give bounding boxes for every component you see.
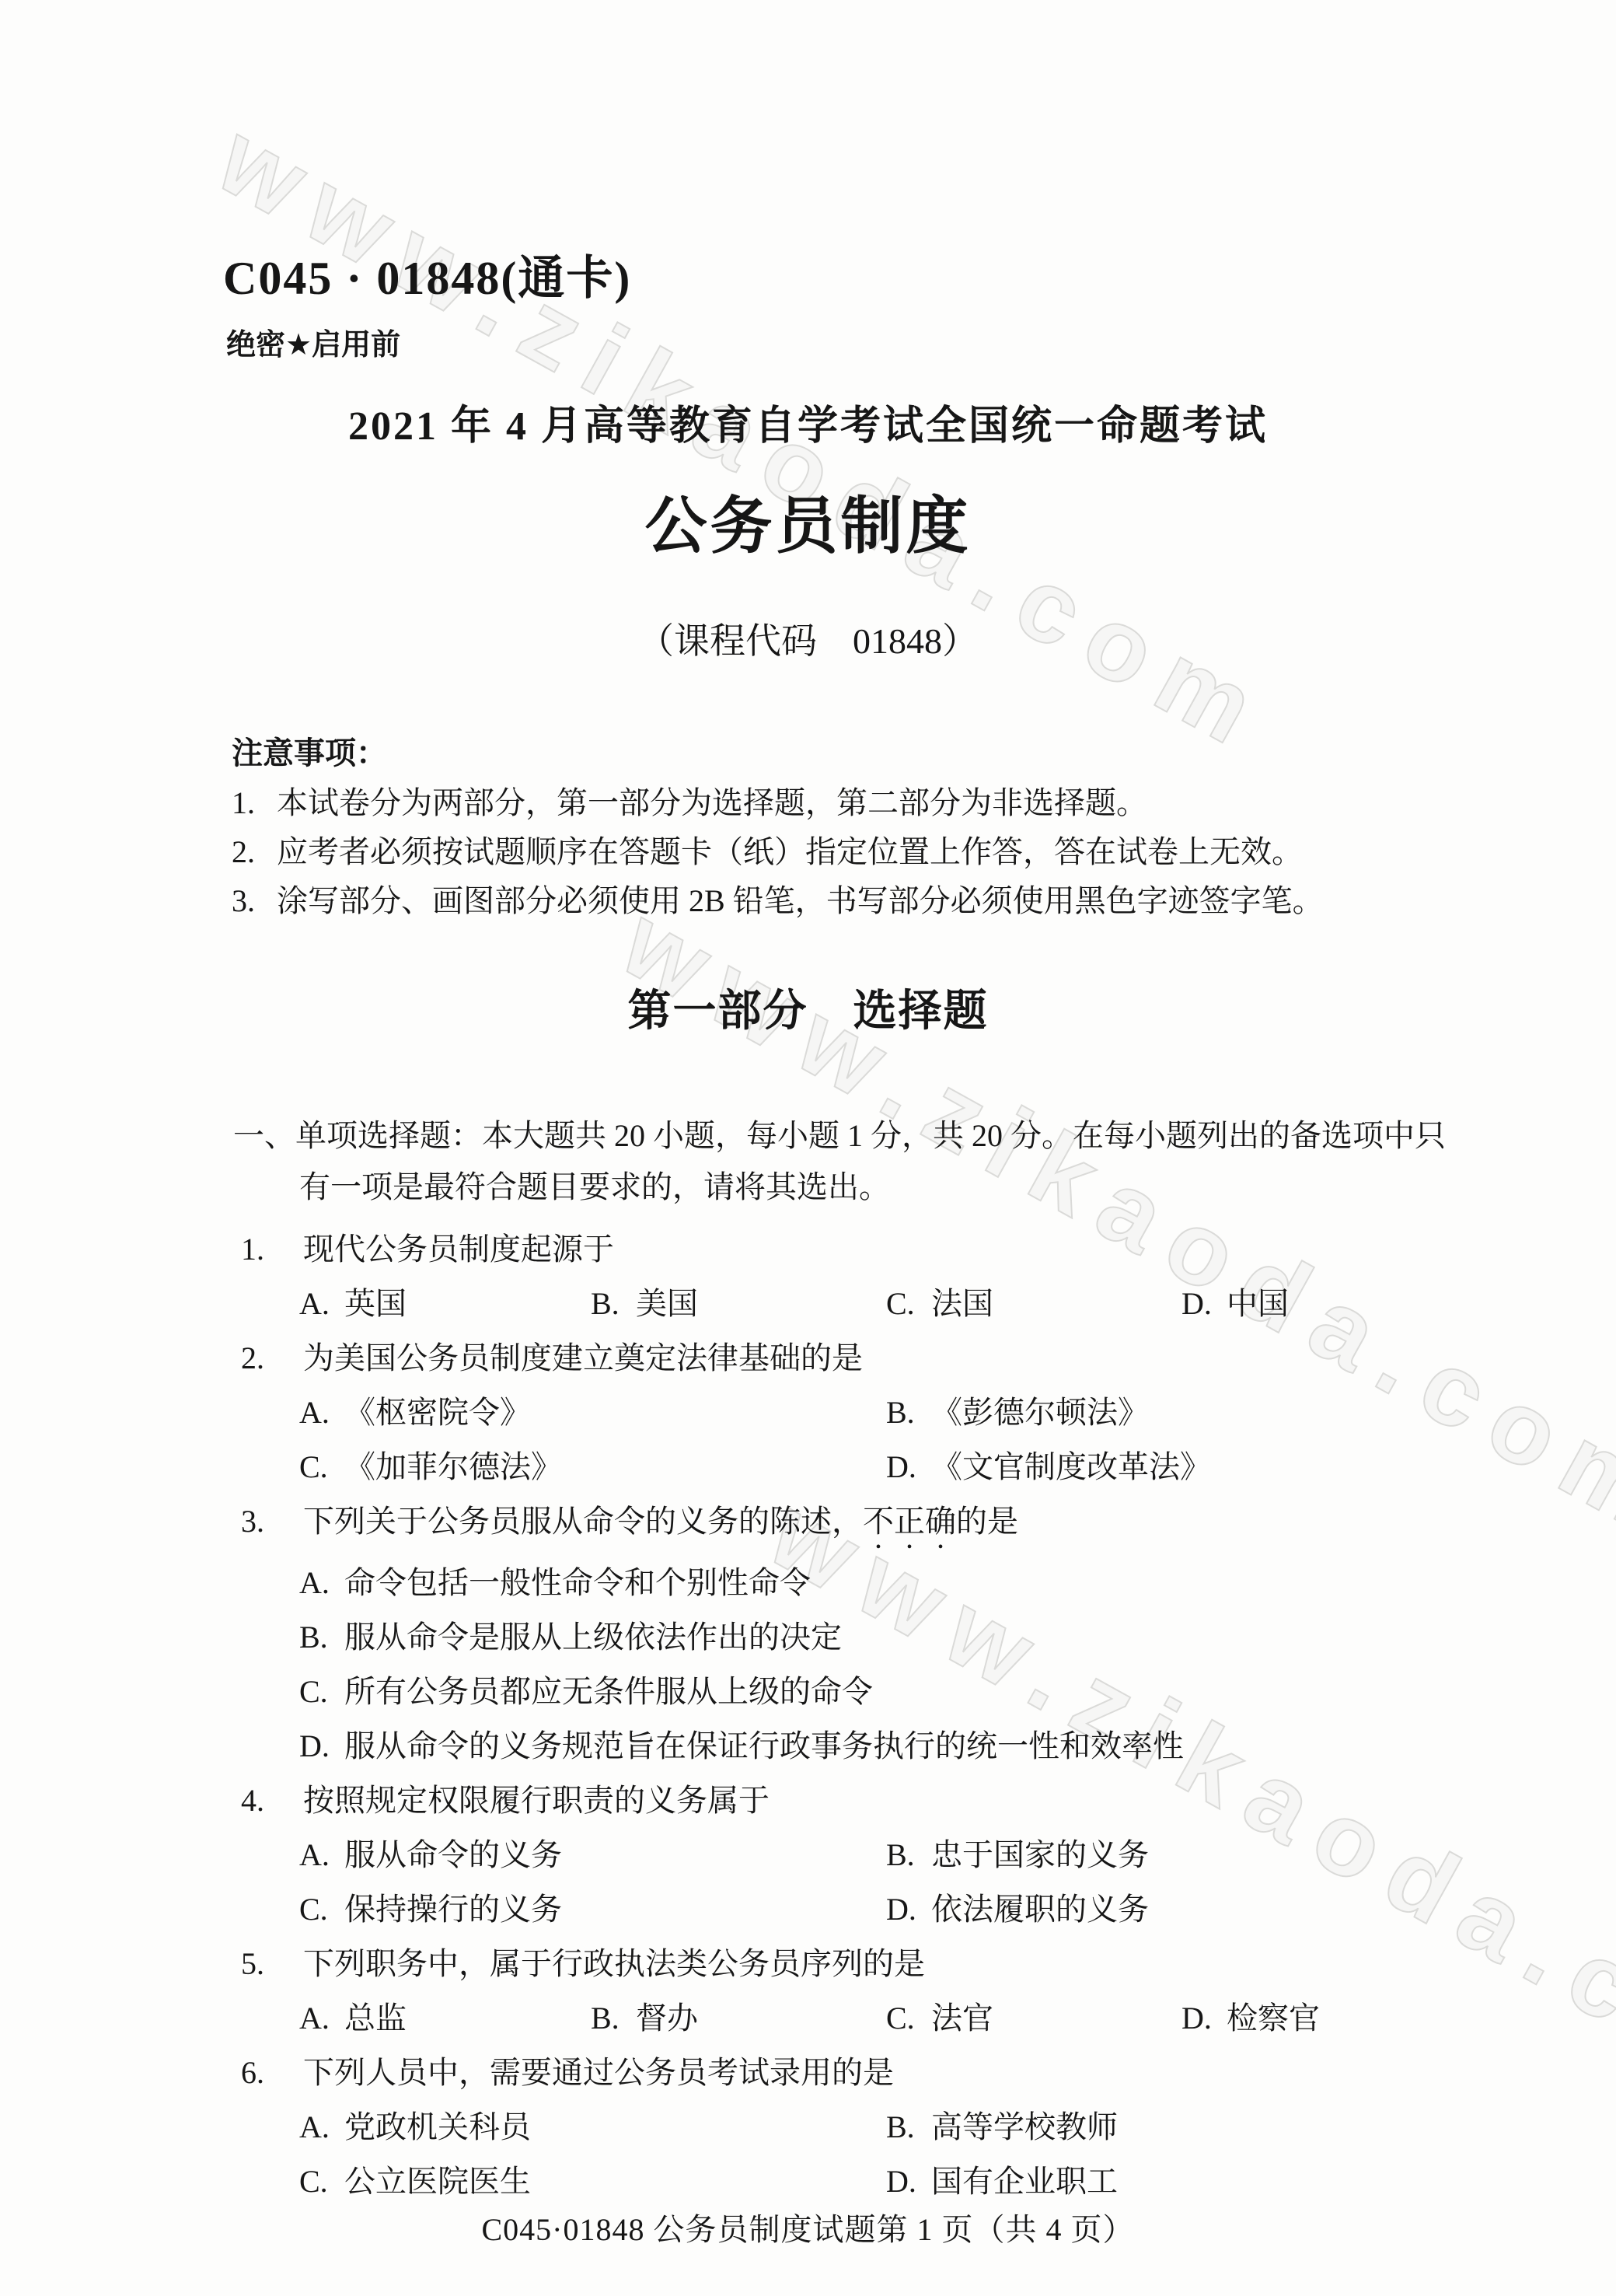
option-B: B.高等学校教师 bbox=[886, 2100, 1320, 2154]
option-A: A.服从命令的义务 bbox=[299, 1828, 886, 1882]
option-text: 依法履职的义务 bbox=[931, 1892, 1149, 1927]
section-title: 第一部分 选择题 bbox=[0, 977, 1616, 1039]
question-number: 2. bbox=[241, 1331, 303, 1386]
option-label: A. bbox=[299, 1556, 344, 1610]
option-label: B. bbox=[299, 1610, 344, 1665]
notes-list: 1.本试卷分为两部分，第一部分为选择题，第二部分为非选择题。2.应考者必须按试题… bbox=[232, 778, 1324, 925]
option-D: D.中国 bbox=[1181, 1277, 1320, 1331]
option-text: 法国 bbox=[931, 1286, 993, 1321]
option-C: C.《加菲尔德法》 bbox=[299, 1440, 886, 1494]
option-text: 检察官 bbox=[1227, 2001, 1320, 2036]
note-item-2: 2.应考者必须按试题顺序在答题卡（纸）指定位置上作答，答在试卷上无效。 bbox=[232, 827, 1324, 876]
option-label: D. bbox=[886, 1882, 931, 1937]
question-number: 1. bbox=[241, 1222, 303, 1277]
question-stem-emphasis: 不正确 bbox=[863, 1504, 956, 1539]
notes-title: 注意事项： bbox=[232, 729, 1324, 778]
question-stem: 4.按照规定权限履行职责的义务属于 bbox=[241, 1774, 1320, 1828]
option-text: 国有企业职工 bbox=[931, 2164, 1118, 2199]
option-A: A.英国 bbox=[299, 1277, 591, 1331]
option-label: C. bbox=[886, 1277, 931, 1331]
option-row-group: A.服从命令的义务B.忠于国家的义务C.保持操行的义务D.依法履职的义务 bbox=[299, 1828, 1320, 1937]
exam-title: 2021 年 4 月高等教育自学考试全国统一命题考试 bbox=[0, 393, 1616, 451]
option-label: A. bbox=[299, 1991, 344, 2046]
question-3: 3.下列关于公务员服从命令的义务的陈述，不正确的是A.命令包括一般性命令和个别性… bbox=[241, 1494, 1320, 1774]
option-row-group: A.《枢密院令》B.《彭德尔顿法》C.《加菲尔德法》D.《文官制度改革法》 bbox=[299, 1386, 1320, 1494]
question-6: 6.下列人员中，需要通过公务员考试录用的是A.党政机关科员B.高等学校教师C.公… bbox=[241, 2046, 1320, 2209]
option-label: B. bbox=[886, 1828, 931, 1882]
instruction-line-2: 有一项是最符合题目要求的，请将其选出。 bbox=[299, 1162, 1446, 1213]
option-label: C. bbox=[886, 1991, 931, 2046]
option-label: D. bbox=[1181, 1277, 1227, 1331]
option-label: D. bbox=[886, 2154, 931, 2209]
question-stem-text: 按照规定权限履行职责的义务属于 bbox=[303, 1783, 770, 1818]
option-text: 公立医院医生 bbox=[344, 2164, 531, 2199]
question-list: 1.现代公务员制度起源于A.英国B.美国C.法国D.中国2.为美国公务员制度建立… bbox=[241, 1222, 1320, 2209]
note-number: 1. bbox=[232, 778, 277, 827]
instruction-line-1: 一、单项选择题：本大题共 20 小题，每小题 1 分，共 20 分。在每小题列出… bbox=[233, 1110, 1446, 1162]
option-B: B.忠于国家的义务 bbox=[886, 1828, 1320, 1882]
option-label: A. bbox=[299, 1828, 344, 1882]
option-B: B.服从命令是服从上级依法作出的决定 bbox=[299, 1610, 1320, 1665]
question-1: 1.现代公务员制度起源于A.英国B.美国C.法国D.中国 bbox=[241, 1222, 1320, 1331]
question-stem: 5.下列职务中，属于行政执法类公务员序列的是 bbox=[241, 1937, 1320, 1991]
option-text: 美国 bbox=[636, 1286, 698, 1321]
question-5: 5.下列职务中，属于行政执法类公务员序列的是A.总监B.督办C.法官D.检察官 bbox=[241, 1937, 1320, 2046]
question-stem-text: 为美国公务员制度建立奠定法律基础的是 bbox=[303, 1340, 863, 1375]
option-label: D. bbox=[299, 1719, 344, 1774]
note-item-1: 1.本试卷分为两部分，第一部分为选择题，第二部分为非选择题。 bbox=[232, 778, 1324, 827]
option-label: A. bbox=[299, 1277, 344, 1331]
option-label: D. bbox=[1181, 1991, 1227, 2046]
option-text: 所有公务员都应无条件服从上级的命令 bbox=[344, 1674, 873, 1709]
option-text: 英国 bbox=[344, 1286, 407, 1321]
secrecy-label: 绝密★启用前 bbox=[226, 320, 400, 363]
option-text: 《文官制度改革法》 bbox=[931, 1449, 1211, 1484]
option-A: A.《枢密院令》 bbox=[299, 1386, 886, 1440]
option-label: B. bbox=[591, 1991, 636, 2046]
option-C: C.法国 bbox=[886, 1277, 1181, 1331]
notes-section: 注意事项： 1.本试卷分为两部分，第一部分为选择题，第二部分为非选择题。2.应考… bbox=[232, 729, 1324, 925]
question-stem-text: 下列关于公务员服从命令的义务的陈述， bbox=[303, 1504, 863, 1539]
option-label: B. bbox=[886, 2100, 931, 2154]
option-label: A. bbox=[299, 2100, 344, 2154]
question-2: 2.为美国公务员制度建立奠定法律基础的是A.《枢密院令》B.《彭德尔顿法》C.《… bbox=[241, 1331, 1320, 1494]
question-number: 5. bbox=[241, 1937, 303, 1991]
question-stem-text: 下列职务中，属于行政执法类公务员序列的是 bbox=[303, 1946, 925, 1981]
option-D: D.依法履职的义务 bbox=[886, 1882, 1320, 1937]
option-label: C. bbox=[299, 2154, 344, 2209]
option-A: A.党政机关科员 bbox=[299, 2100, 886, 2154]
question-stem-text: 的是 bbox=[956, 1504, 1018, 1539]
note-text: 本试卷分为两部分，第一部分为选择题，第二部分为非选择题。 bbox=[277, 785, 1147, 820]
option-D: D.国有企业职工 bbox=[886, 2154, 1320, 2209]
option-D: D.《文官制度改革法》 bbox=[886, 1440, 1320, 1494]
option-C: C.所有公务员都应无条件服从上级的命令 bbox=[299, 1665, 1320, 1719]
question-stem-text: 现代公务员制度起源于 bbox=[303, 1232, 614, 1267]
option-B: B.美国 bbox=[591, 1277, 886, 1331]
option-row-group: A.总监B.督办C.法官D.检察官 bbox=[299, 1991, 1320, 2046]
option-row-group: A.命令包括一般性命令和个别性命令B.服从命令是服从上级依法作出的决定C.所有公… bbox=[299, 1556, 1320, 1774]
note-number: 3. bbox=[232, 876, 277, 925]
question-stem: 6.下列人员中，需要通过公务员考试录用的是 bbox=[241, 2046, 1320, 2100]
option-label: C. bbox=[299, 1882, 344, 1937]
option-label: A. bbox=[299, 1386, 344, 1440]
note-text: 涂写部分、画图部分必须使用 2B 铅笔，书写部分必须使用黑色字迹签字笔。 bbox=[277, 883, 1324, 918]
question-stem: 2.为美国公务员制度建立奠定法律基础的是 bbox=[241, 1331, 1320, 1386]
question-4: 4.按照规定权限履行职责的义务属于A.服从命令的义务B.忠于国家的义务C.保持操… bbox=[241, 1774, 1320, 1937]
option-B: B.督办 bbox=[591, 1991, 886, 2046]
option-row-group: A.党政机关科员B.高等学校教师C.公立医院医生D.国有企业职工 bbox=[299, 2100, 1320, 2209]
option-C: C.公立医院医生 bbox=[299, 2154, 886, 2209]
question-stem: 3.下列关于公务员服从命令的义务的陈述，不正确的是 bbox=[241, 1494, 1320, 1556]
option-text: 督办 bbox=[636, 2001, 698, 2036]
instruction-block: 一、单项选择题：本大题共 20 小题，每小题 1 分，共 20 分。在每小题列出… bbox=[233, 1110, 1446, 1213]
page-footer: C045·01848 公务员制度试题第 1 页（共 4 页） bbox=[0, 2205, 1616, 2249]
option-text: 服从命令的义务 bbox=[344, 1837, 562, 1872]
option-row-group: A.英国B.美国C.法国D.中国 bbox=[299, 1277, 1320, 1331]
option-text: 总监 bbox=[344, 2001, 407, 2036]
option-label: C. bbox=[299, 1665, 344, 1719]
question-number: 4. bbox=[241, 1774, 303, 1828]
option-label: B. bbox=[886, 1386, 931, 1440]
note-item-3: 3.涂写部分、画图部分必须使用 2B 铅笔，书写部分必须使用黑色字迹签字笔。 bbox=[232, 876, 1324, 925]
option-text: 法官 bbox=[931, 2001, 993, 2036]
option-label: C. bbox=[299, 1440, 344, 1494]
option-C: C.法官 bbox=[886, 1991, 1181, 2046]
question-number: 6. bbox=[241, 2046, 303, 2100]
option-text: 《加菲尔德法》 bbox=[344, 1449, 562, 1484]
course-code: （课程代码 01848） bbox=[0, 613, 1616, 664]
note-text: 应考者必须按试题顺序在答题卡（纸）指定位置上作答，答在试卷上无效。 bbox=[277, 834, 1303, 869]
paper-code: C045 · 01848(通卡) bbox=[223, 241, 631, 308]
option-B: B.《彭德尔顿法》 bbox=[886, 1386, 1320, 1440]
option-text: 命令包括一般性命令和个别性命令 bbox=[344, 1565, 811, 1600]
option-text: 中国 bbox=[1227, 1286, 1289, 1321]
option-A: A.总监 bbox=[299, 1991, 591, 2046]
question-number: 3. bbox=[241, 1494, 303, 1549]
subject-title: 公务员制度 bbox=[0, 476, 1616, 565]
exam-paper-page: www.zikaoda.com www.zikaoda.com www.zika… bbox=[0, 0, 1616, 2296]
note-number: 2. bbox=[232, 827, 277, 876]
option-text: 党政机关科员 bbox=[344, 2109, 531, 2144]
option-C: C.保持操行的义务 bbox=[299, 1882, 886, 1937]
option-text: 服从命令的义务规范旨在保证行政事务执行的统一性和效率性 bbox=[344, 1728, 1184, 1763]
option-text: 服从命令是服从上级依法作出的决定 bbox=[344, 1620, 842, 1655]
option-label: D. bbox=[886, 1440, 931, 1494]
option-text: 忠于国家的义务 bbox=[931, 1837, 1149, 1872]
option-D: D.检察官 bbox=[1181, 1991, 1320, 2046]
option-text: 保持操行的义务 bbox=[344, 1892, 562, 1927]
option-A: A.命令包括一般性命令和个别性命令 bbox=[299, 1556, 1320, 1610]
option-text: 《彭德尔顿法》 bbox=[931, 1395, 1149, 1430]
option-label: B. bbox=[591, 1277, 636, 1331]
question-stem: 1.现代公务员制度起源于 bbox=[241, 1222, 1320, 1277]
question-stem-text: 下列人员中，需要通过公务员考试录用的是 bbox=[303, 2055, 894, 2090]
option-text: 高等学校教师 bbox=[931, 2109, 1118, 2144]
option-D: D.服从命令的义务规范旨在保证行政事务执行的统一性和效率性 bbox=[299, 1719, 1320, 1774]
option-text: 《枢密院令》 bbox=[344, 1395, 531, 1430]
